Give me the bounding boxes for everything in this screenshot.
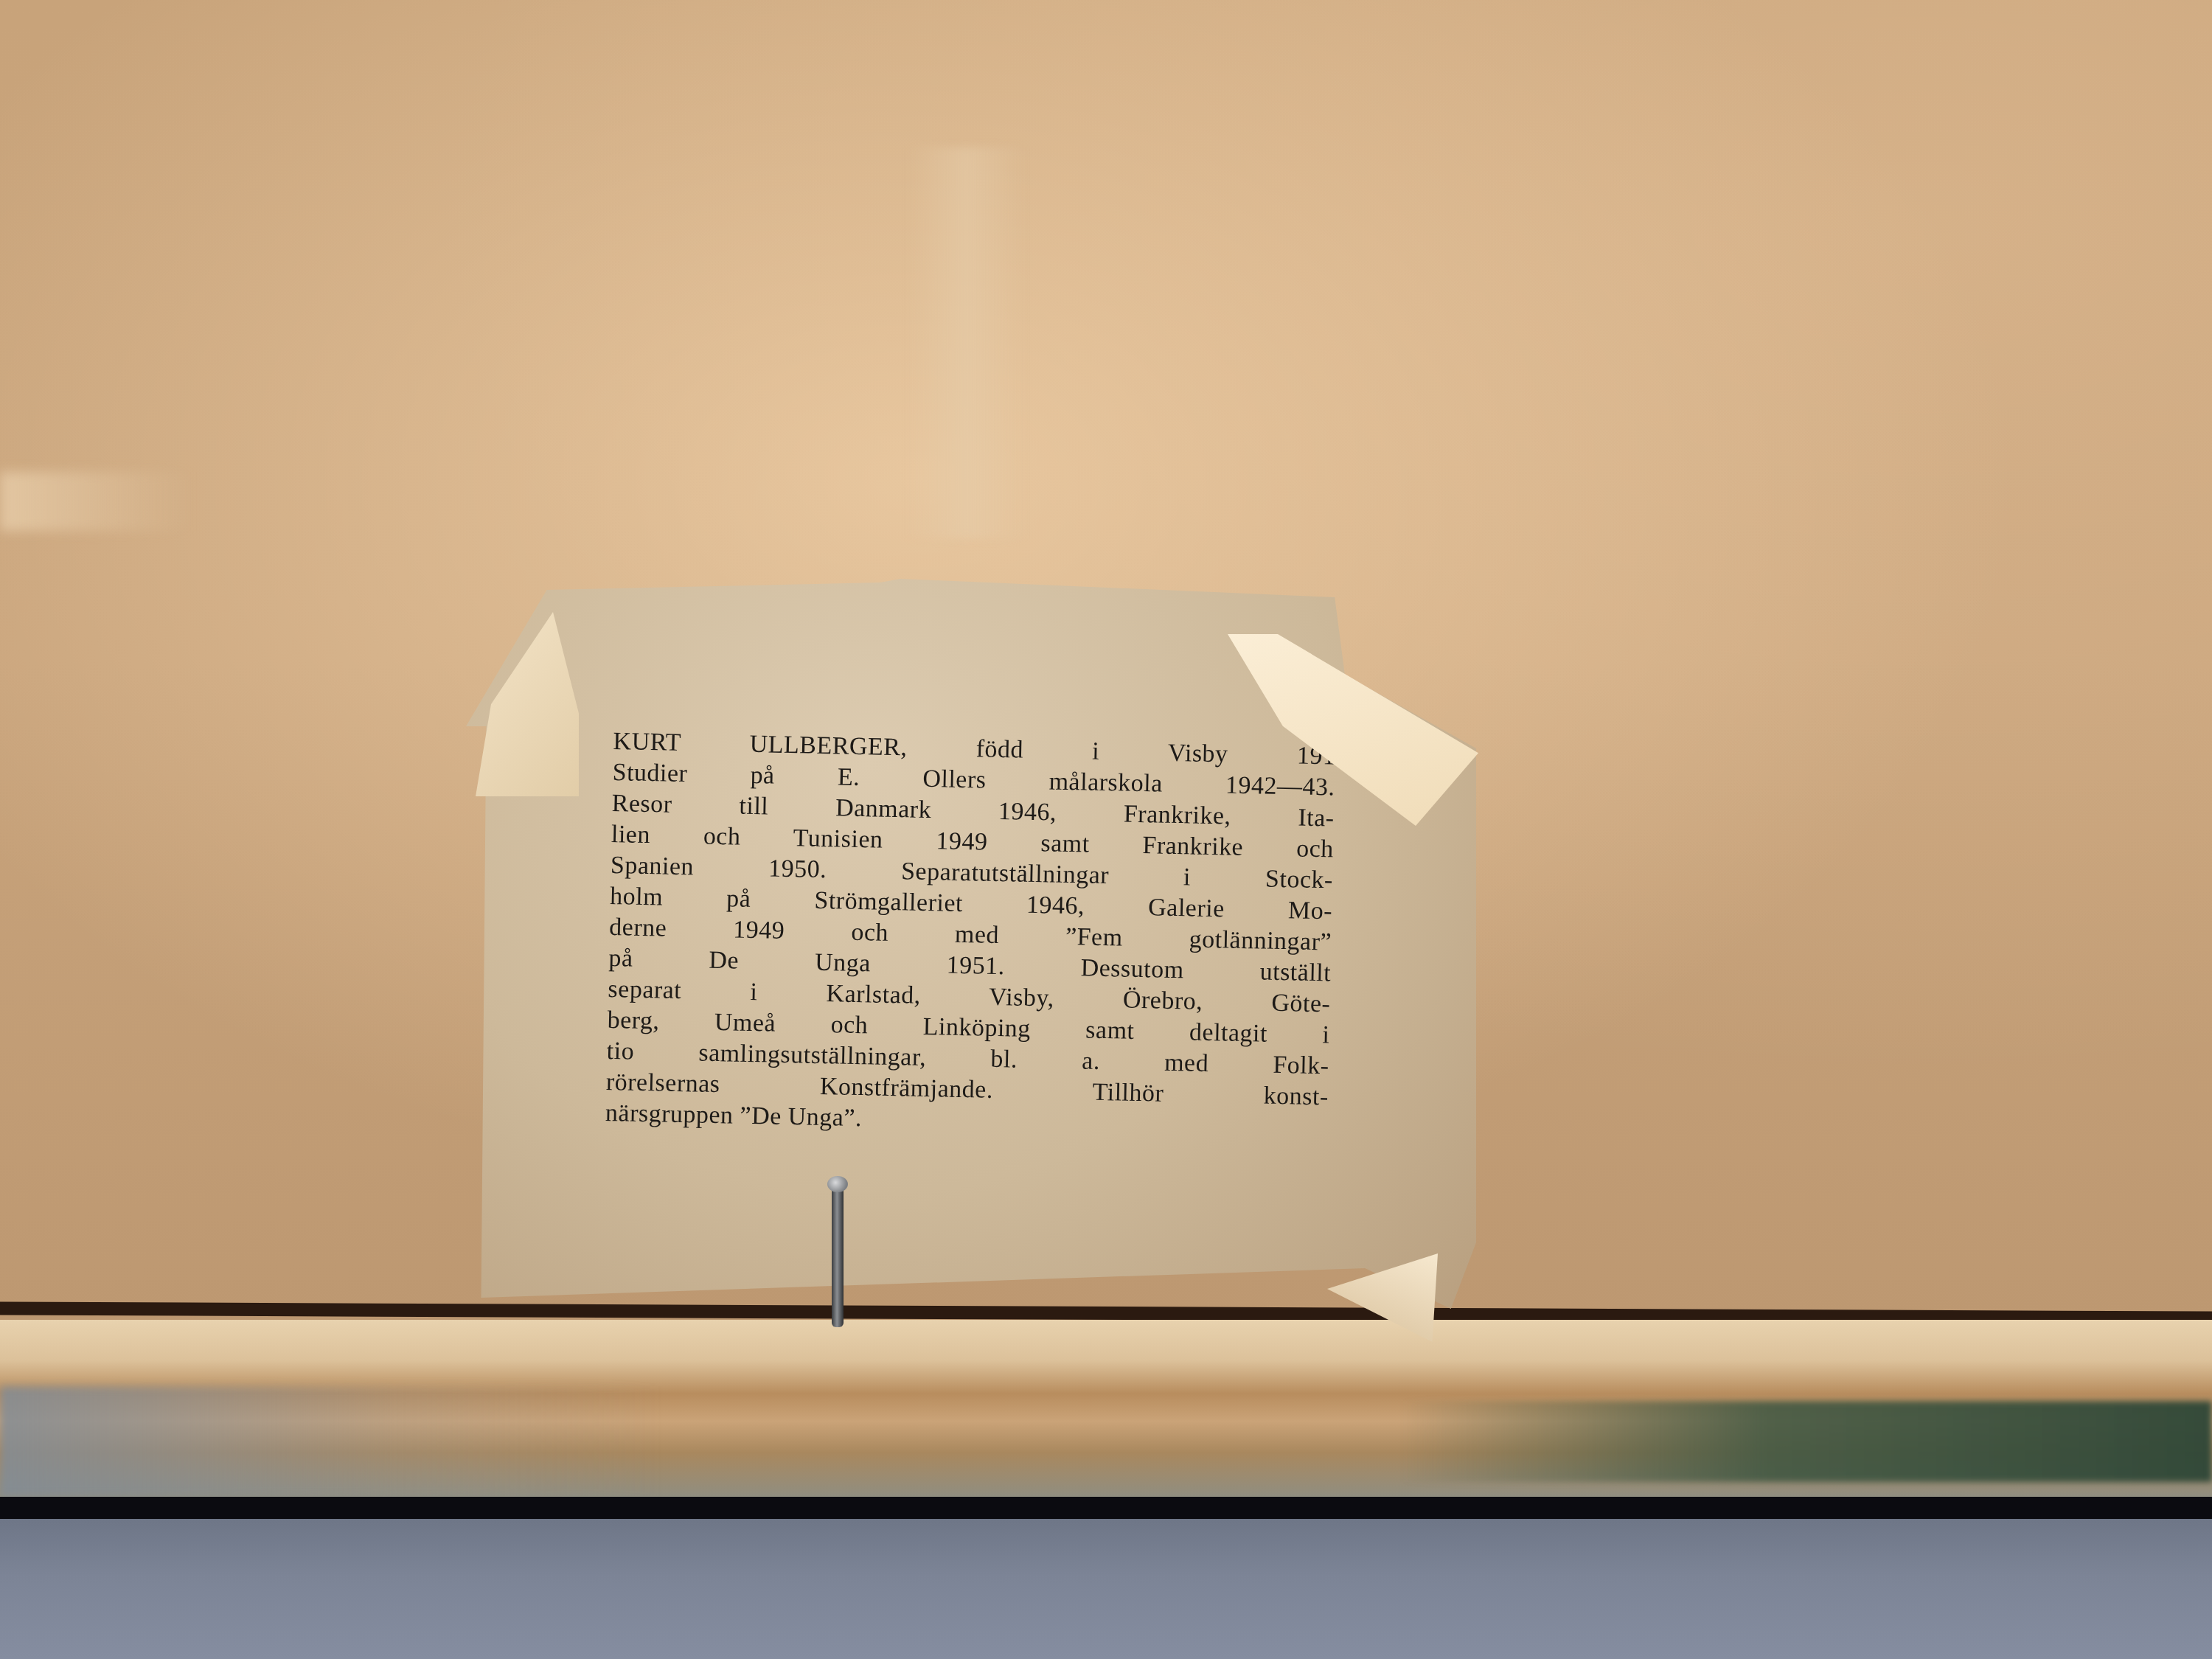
backboard-scuff-mark — [0, 472, 192, 531]
gray-surface — [0, 1519, 2212, 1659]
frame-bottom-shadow — [0, 1497, 2212, 1519]
frame-paint-residue-green — [1401, 1401, 2212, 1482]
backboard-scuff-mark — [907, 147, 1025, 538]
nail-head-icon — [827, 1176, 848, 1192]
biography-text: KURT ULLBERGER, född i Visby 191 Studier… — [605, 726, 1336, 1144]
frame-paint-residue-blue — [0, 1386, 664, 1497]
nail-icon — [832, 1180, 844, 1327]
